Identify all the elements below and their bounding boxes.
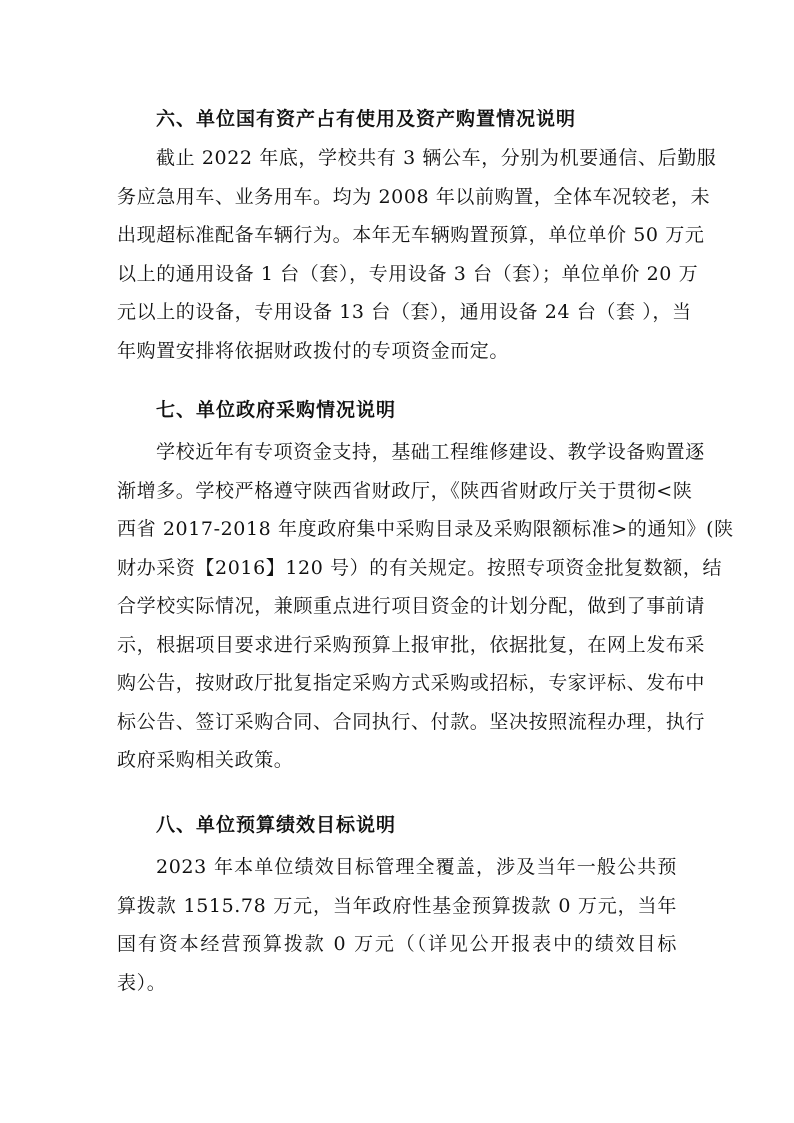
paragraph-line: 西省 2017-2018 年度政府集中采购目录及采购限额标准>的通知》(陕 [117,514,677,544]
paragraph-line: 学校近年有专项资金支持，基础工程维修建设、教学设备购置逐 [156,437,677,467]
paragraph-line: 示，根据项目要求进行采购预算上报审批，依据批复，在网上发布采 [117,630,677,660]
paragraph-line: 算拨款 1515.78 万元，当年政府性基金预算拨款 0 万元，当年 [117,891,677,921]
paragraph-line: 标公告、签订采购合同、合同执行、付款。坚决按照流程办理，执行 [117,707,677,737]
paragraph-line: 年购置安排将依据财政拨付的专项资金而定。 [117,336,677,366]
section-heading-6: 六、单位国有资产占有使用及资产购置情况说明 [156,104,716,134]
paragraph-line: 2023 年本单位绩效目标管理全覆盖，涉及当年一般公共预 [156,852,677,882]
paragraph-line: 出现超标准配备车辆行为。本年无车辆购置预算，单位单价 50 万元 [117,220,677,250]
paragraph-line: 财办采资【2016】120 号）的有关规定。按照专项资金批复数额，结 [117,553,677,583]
paragraph-line: 表）。 [117,968,677,998]
paragraph-line: 政府采购相关政策。 [117,745,677,775]
paragraph-line: 元以上的设备，专用设备 13 台（套），通用设备 24 台（套 ），当 [117,297,677,327]
paragraph-line: 国有资本经营预算拨款 0 万元（（详见公开报表中的绩效目标 [117,929,677,959]
section-heading-8: 八、单位预算绩效目标说明 [156,810,716,840]
paragraph-line: 务应急用车、业务用车。均为 2008 年以前购置，全体车况较老，未 [117,182,677,212]
paragraph-line: 购公告，按财政厅批复指定采购方式采购或招标，专家评标、发布中 [117,668,677,698]
paragraph-line: 合学校实际情况，兼顾重点进行项目资金的计划分配，做到了事前请 [117,591,677,621]
section-heading-7: 七、单位政府采购情况说明 [156,395,716,425]
paragraph-line: 渐增多。学校严格遵守陕西省财政厅，《陕西省财政厅关于贯彻<陕 [117,476,677,506]
document-page: 六、单位国有资产占有使用及资产购置情况说明 截止 2022 年底，学校共有 3 … [0,0,794,1123]
paragraph-line: 以上的通用设备 1 台（套），专用设备 3 台（套）；单位单价 20 万 [117,259,677,289]
paragraph-line: 截止 2022 年底，学校共有 3 辆公车，分别为机要通信、后勤服 [156,143,677,173]
